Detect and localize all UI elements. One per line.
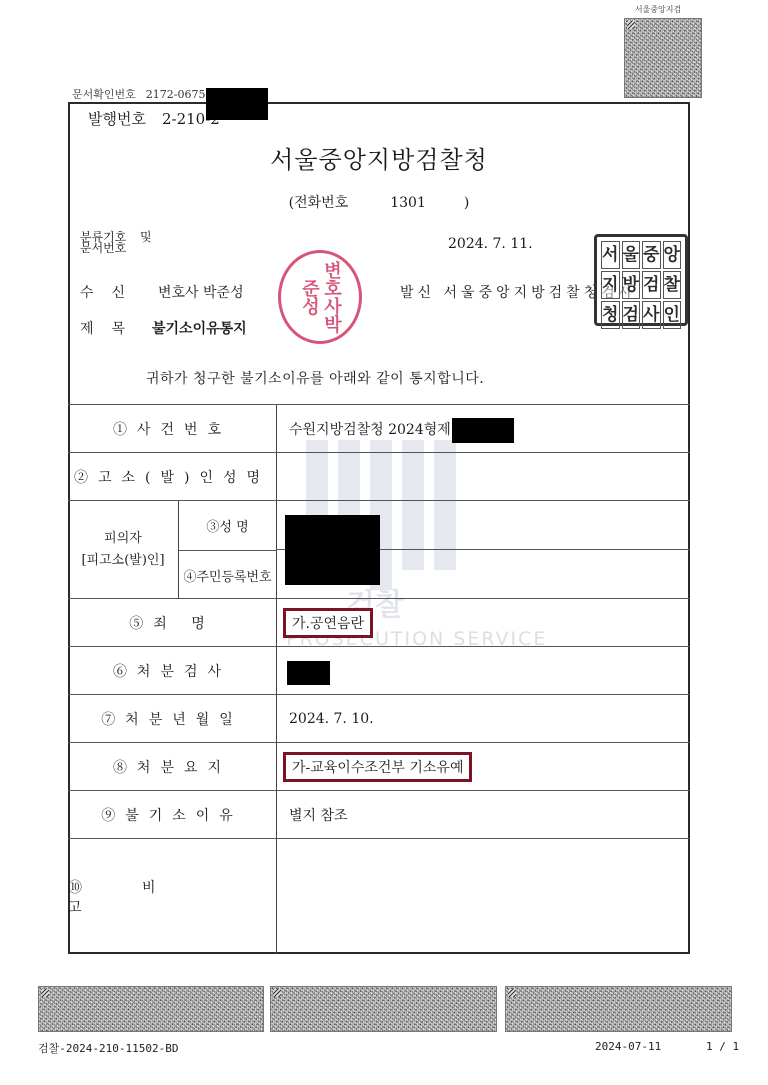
row-label: ⑩비 고	[68, 839, 276, 954]
row-label: ⑤죄 명	[68, 599, 276, 646]
confirm-value: 2172-0675-	[146, 88, 209, 101]
row-label: ⑨불기소이유	[68, 791, 276, 838]
seal-glyph: 검	[622, 301, 641, 329]
seal-glyph: 울	[622, 241, 641, 269]
table-row: ①사건번호 수원지방검찰청 2024형제	[68, 404, 690, 452]
redaction-box	[285, 515, 380, 585]
issue-label: 발행번호	[88, 110, 146, 128]
table-row: ⑤죄 명 가.공연음란	[68, 598, 690, 646]
row-label: ⑦처분년월일	[68, 695, 276, 742]
row-value: 별지 참조	[276, 791, 690, 838]
seal-glyph: 청	[601, 301, 620, 329]
redaction-box	[287, 661, 330, 685]
footer-document-code: 검찰-2024-210-11502-BD	[38, 1040, 178, 1056]
row-label: ⑥처분검사	[68, 647, 276, 694]
confirm-label: 문서확인번호	[72, 88, 136, 101]
row-label: ⑧처분요지	[68, 743, 276, 790]
highlighted-value: 가-교육이수조건부 기소유예	[283, 752, 472, 782]
highlighted-value: 가.공연음란	[283, 608, 373, 638]
row-value	[276, 839, 690, 954]
row-label: ③성 명	[178, 501, 276, 550]
row-value: 가.공연음란	[276, 599, 690, 646]
barcode-icon	[505, 986, 732, 1032]
seal-glyph: 방	[622, 271, 641, 299]
seal-glyph: 찰	[663, 271, 682, 299]
recipient-value: 변호사 박준성	[158, 282, 244, 302]
classification-label: 분류기호 문서번호 및	[80, 232, 126, 254]
issue-number: 발행번호2-210-2	[88, 108, 220, 129]
subject-label: 제목	[80, 318, 143, 338]
phone-close: )	[464, 195, 469, 211]
seal-glyph: 인	[663, 301, 682, 329]
table-row: ⑧처분요지 가-교육이수조건부 기소유예	[68, 742, 690, 790]
row-value: 가-교육이수조건부 기소유예	[276, 743, 690, 790]
row-value: 2024. 7. 10.	[276, 695, 690, 742]
official-seal-stamp: 서울중앙지방검찰청검사인	[594, 234, 688, 326]
document-confirmation-number: 문서확인번호2172-0675-	[72, 86, 219, 102]
phone-label: (전화번호	[289, 195, 349, 211]
table-row: ⑩비 고	[68, 838, 690, 954]
footer-page-number: 1 / 1	[706, 1040, 739, 1053]
sender-label: 발신	[400, 285, 435, 301]
seal-glyph: 앙	[663, 241, 682, 269]
row-label: ①사건번호	[68, 405, 276, 452]
table-row: ⑦처분년월일 2024. 7. 10.	[68, 694, 690, 742]
footer-date: 2024-07-11	[595, 1040, 661, 1053]
suspect-group-label: 피의자 [피고소(발)인]	[68, 501, 178, 598]
seal-glyph: 중	[642, 241, 661, 269]
seal-glyph: 지	[601, 271, 620, 299]
organization-title: 서울중앙지방검찰청	[68, 140, 690, 175]
classification-and: 및	[140, 232, 152, 243]
qr-code-icon	[624, 18, 702, 98]
seal-glyph: 사	[642, 301, 661, 329]
lawyer-seal-stamp: 변호사박준성	[278, 250, 362, 344]
redaction-box	[452, 418, 514, 443]
subject-value: 불기소이유통지	[152, 318, 247, 338]
table-row: ⑥처분검사	[68, 646, 690, 694]
redaction-box	[206, 88, 268, 120]
row-label: ④주민등록번호	[178, 550, 276, 599]
row-label: ②고소(발)인성명	[68, 453, 276, 500]
barcode-icon	[270, 986, 497, 1032]
row-value	[276, 647, 690, 694]
phone-number: 1301	[390, 195, 426, 211]
seal-glyph: 검	[642, 271, 661, 299]
recipient-label: 수신	[80, 282, 143, 302]
phone-line: (전화번호1301)	[68, 192, 690, 212]
qr-label: 서울중앙지검	[628, 4, 688, 15]
seal-glyph: 서	[601, 241, 620, 269]
table-row: ②고소(발)인성명	[68, 452, 690, 500]
row-value	[276, 453, 690, 500]
barcode-icon	[38, 986, 264, 1032]
document-date: 2024. 7. 11.	[448, 236, 533, 252]
table-row: ⑨불기소이유 별지 참조	[68, 790, 690, 838]
classification-line2: 문서번호	[80, 243, 126, 254]
intro-text: 귀하가 청구한 불기소이유를 아래와 같이 통지합니다.	[146, 368, 484, 388]
